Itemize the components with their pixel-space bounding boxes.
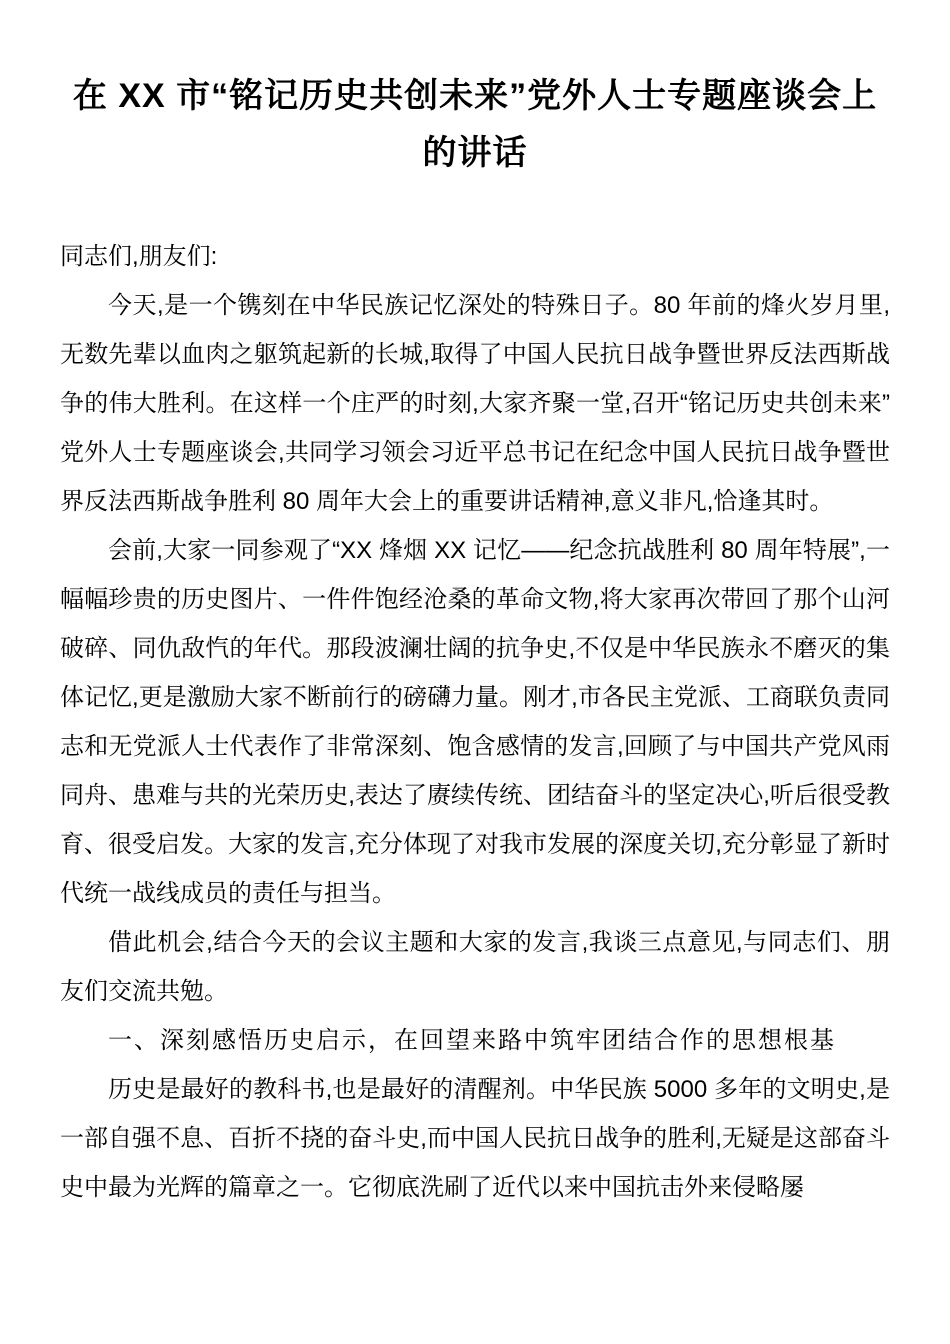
paragraph-list: 今天,是一个镌刻在中华民族记忆深处的特殊日子。80 年前的烽火岁月里,无数先辈以…: [60, 281, 890, 1212]
salutation: 同志们,朋友们:: [60, 232, 890, 281]
paragraph: 今天,是一个镌刻在中华民族记忆深处的特殊日子。80 年前的烽火岁月里,无数先辈以…: [60, 281, 890, 526]
document-content: 在 XX 市“铭记历史共创未来”党外人士专题座谈会上的讲话 同志们,朋友们: 今…: [0, 0, 950, 1212]
section-heading: 一、深刻感悟历史启示，在回望来路中筑牢团结合作的思想根基: [60, 1016, 890, 1065]
document-title: 在 XX 市“铭记历史共创未来”党外人士专题座谈会上的讲话: [60, 68, 890, 182]
paragraph: 会前,大家一同参观了“XX 烽烟 XX 记忆——纪念抗战胜利 80 周年特展”,…: [60, 526, 890, 918]
paragraph: 历史是最好的教科书,也是最好的清醒剂。中华民族 5000 多年的文明史,是一部自…: [60, 1065, 890, 1212]
document-page: 在 XX 市“铭记历史共创未来”党外人士专题座谈会上的讲话 同志们,朋友们: 今…: [0, 0, 950, 1344]
paragraph: 借此机会,结合今天的会议主题和大家的发言,我谈三点意见,与同志们、朋友们交流共勉…: [60, 918, 890, 1016]
